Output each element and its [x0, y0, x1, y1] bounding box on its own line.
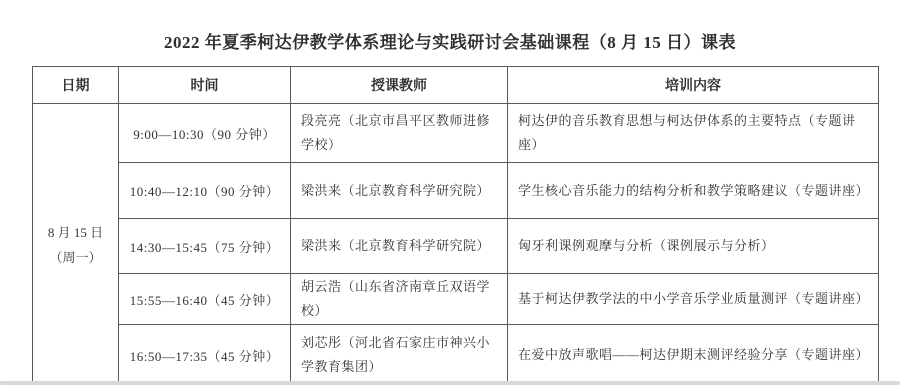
screenshot-bottom-edge [0, 381, 900, 385]
time-cell: 14:30—15:45（75 分钟） [119, 219, 291, 274]
teacher-cell: 梁洪来（北京教育科学研究院） [291, 219, 508, 274]
content-cell: 匈牙利课例观摩与分析（课例展示与分析） [508, 219, 879, 274]
content-cell: 柯达伊的音乐教育思想与柯达伊体系的主要特点（专题讲座） [508, 104, 879, 163]
table-row: 15:55—16:40（45 分钟） 胡云浩（山东省济南章丘双语学校） 基于柯达… [33, 274, 879, 325]
content-cell: 在爱中放声歌唱——柯达伊期末测评经验分享（专题讲座） [508, 325, 879, 385]
time-cell: 10:40—12:10（90 分钟） [119, 163, 291, 219]
header-row: 日期 时间 授课教师 培训内容 [33, 67, 879, 104]
header-cell-teacher: 授课教师 [291, 67, 508, 104]
table-row: 16:50—17:35（45 分钟） 刘芯彤（河北省石家庄市神兴小学教育集团） … [33, 325, 879, 385]
content-cell: 学生核心音乐能力的结构分析和教学策略建议（专题讲座） [508, 163, 879, 219]
date-cell: 8 月 15 日 （周一） [33, 104, 119, 385]
schedule-table: 日期 时间 授课教师 培训内容 8 月 15 日 （周一） 9:00—10:30… [32, 66, 879, 385]
table-row: 8 月 15 日 （周一） 9:00—10:30（90 分钟） 段亮亮（北京市昌… [33, 104, 879, 163]
teacher-cell: 段亮亮（北京市昌平区教师进修学校） [291, 104, 508, 163]
teacher-cell: 梁洪来（北京教育科学研究院） [291, 163, 508, 219]
teacher-cell: 胡云浩（山东省济南章丘双语学校） [291, 274, 508, 325]
time-cell: 9:00—10:30（90 分钟） [119, 104, 291, 163]
header-cell-date: 日期 [33, 67, 119, 104]
teacher-cell: 刘芯彤（河北省石家庄市神兴小学教育集团） [291, 325, 508, 385]
page-title: 2022 年夏季柯达伊教学体系理论与实践研讨会基础课程（8 月 15 日）课表 [0, 0, 900, 53]
header-cell-content: 培训内容 [508, 67, 879, 104]
table-row: 10:40—12:10（90 分钟） 梁洪来（北京教育科学研究院） 学生核心音乐… [33, 163, 879, 219]
schedule-page: 2022 年夏季柯达伊教学体系理论与实践研讨会基础课程（8 月 15 日）课表 … [0, 0, 900, 385]
date-line-1: 8 月 15 日 [34, 220, 117, 245]
time-cell: 16:50—17:35（45 分钟） [119, 325, 291, 385]
table-row: 14:30—15:45（75 分钟） 梁洪来（北京教育科学研究院） 匈牙利课例观… [33, 219, 879, 274]
header-cell-time: 时间 [119, 67, 291, 104]
date-line-2: （周一） [34, 245, 117, 270]
content-cell: 基于柯达伊教学法的中小学音乐学业质量测评（专题讲座） [508, 274, 879, 325]
time-cell: 15:55—16:40（45 分钟） [119, 274, 291, 325]
